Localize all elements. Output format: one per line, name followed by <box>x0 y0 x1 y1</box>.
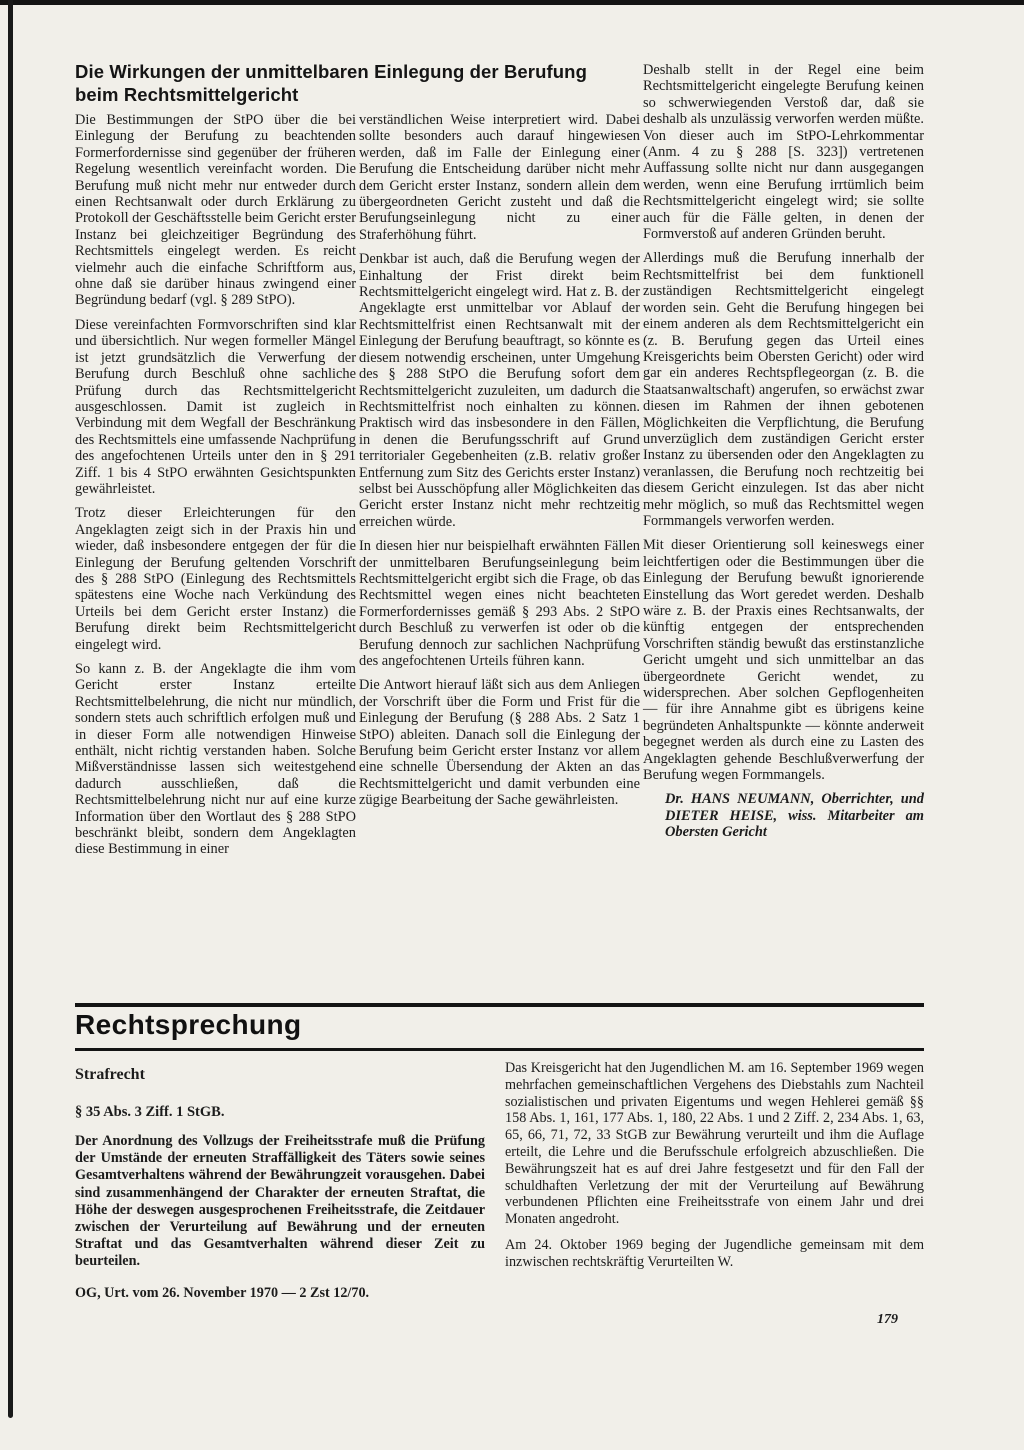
article-title-line2: beim Rechtsmittelgericht <box>75 84 298 105</box>
section-header: Rechtsprechung <box>75 1009 302 1041</box>
case-citation: OG, Urt. vom 26. November 1970 — 2 Zst 1… <box>75 1285 485 1302</box>
journal-page: Die Wirkungen der unmittelbaren Einlegun… <box>0 0 1024 1450</box>
statute-reference: § 35 Abs. 3 Ziff. 1 StGB. <box>75 1104 485 1121</box>
page-number: 179 <box>877 1312 898 1328</box>
article-column-2: verständlichen Weise interpretiert wird.… <box>359 112 640 817</box>
article-title-line1: Die Wirkungen der unmittelbaren Einlegun… <box>75 61 587 82</box>
section-rule-top <box>75 1003 924 1007</box>
paragraph: Die Bestimmungen der StPO über die bei E… <box>75 112 356 309</box>
paragraph: In diesen hier nur beispielhaft erwähnte… <box>359 538 640 669</box>
article-column-3: Deshalb stellt in der Regel eine beim Re… <box>643 62 924 849</box>
paragraph: Denkbar ist auch, daß die Berufung wegen… <box>359 251 640 530</box>
paragraph: Das Kreisgericht hat den Jugendlichen M.… <box>505 1060 924 1228</box>
article-column-1: Die Bestimmungen der StPO über die bei E… <box>75 112 356 866</box>
paragraph: verständlichen Weise interpretiert wird.… <box>359 112 640 243</box>
paragraph: Trotz dieser Erleichterungen für den Ang… <box>75 505 356 653</box>
paragraph: Deshalb stellt in der Regel eine beim Re… <box>643 62 924 242</box>
paragraph: Mit dieser Orientierung soll keineswegs … <box>643 537 924 783</box>
paragraph: Allerdings muß die Berufung innerhalb de… <box>643 250 924 529</box>
article-title: Die Wirkungen der unmittelbaren Einlegun… <box>75 60 627 106</box>
case-head-column: Strafrecht § 35 Abs. 3 Ziff. 1 StGB. Der… <box>75 1066 485 1302</box>
paragraph: So kann z. B. der Angeklagte die ihm vom… <box>75 661 356 858</box>
article-byline: Dr. HANS NEUMANN, Oberrichter, und DIETE… <box>643 791 924 840</box>
paragraph: Diese vereinfachten Formvorschriften sin… <box>75 317 356 497</box>
paragraph: Am 24. Oktober 1969 beging der Jugendlic… <box>505 1237 924 1271</box>
scan-artifact-top-strip <box>0 0 1024 5</box>
paragraph: Die Antwort hierauf läßt sich aus dem An… <box>359 677 640 808</box>
subsection-heading: Strafrecht <box>75 1066 485 1084</box>
case-body-column: Das Kreisgericht hat den Jugendlichen M.… <box>505 1060 924 1280</box>
section-rule-bottom <box>75 1048 924 1051</box>
case-headnote: Der Anordnung des Vollzugs der Freiheits… <box>75 1133 485 1271</box>
scan-artifact-left-bar <box>8 0 13 1418</box>
